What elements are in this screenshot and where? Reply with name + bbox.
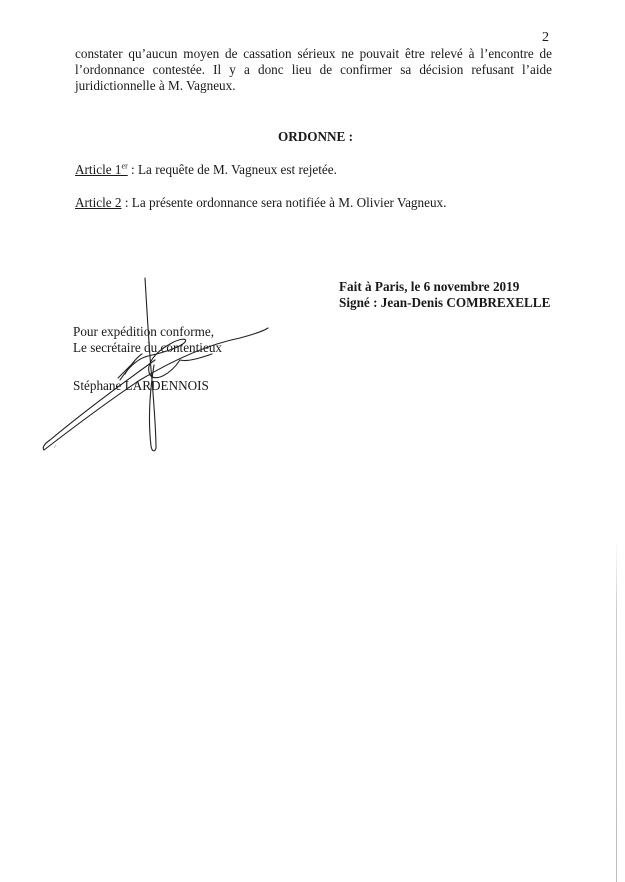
scan-edge-mark bbox=[616, 540, 617, 882]
secretary-name: Stéphane LARDENNOIS bbox=[73, 378, 209, 394]
article-1-label-text: Article 1 bbox=[75, 162, 122, 177]
article-2: Article 2 : La présente ordonnance sera … bbox=[75, 195, 446, 211]
signed-block: Fait à Paris, le 6 novembre 2019 Signé :… bbox=[339, 279, 550, 311]
certification-block: Pour expédition conforme, Le secrétaire … bbox=[73, 324, 222, 356]
certification-line-2: Le secrétaire du contentieux bbox=[73, 340, 222, 356]
article-1-label: Article 1er bbox=[75, 162, 128, 177]
article-2-text: : La présente ordonnance sera notifiée à… bbox=[122, 195, 447, 210]
body-paragraph: constater qu’aucun moyen de cassation sé… bbox=[75, 46, 552, 94]
ordonne-heading: ORDONNE : bbox=[0, 129, 625, 145]
certification-line-1: Pour expédition conforme, bbox=[73, 324, 222, 340]
handwritten-signature-icon bbox=[30, 270, 290, 470]
place-date: Fait à Paris, le 6 novembre 2019 bbox=[339, 279, 550, 295]
signatory: Signé : Jean-Denis COMBREXELLE bbox=[339, 295, 550, 311]
article-2-label: Article 2 bbox=[75, 195, 122, 210]
article-1-text: : La requête de M. Vagneux est rejetée. bbox=[128, 162, 337, 177]
page-number: 2 bbox=[542, 30, 549, 46]
article-1: Article 1er : La requête de M. Vagneux e… bbox=[75, 162, 337, 178]
